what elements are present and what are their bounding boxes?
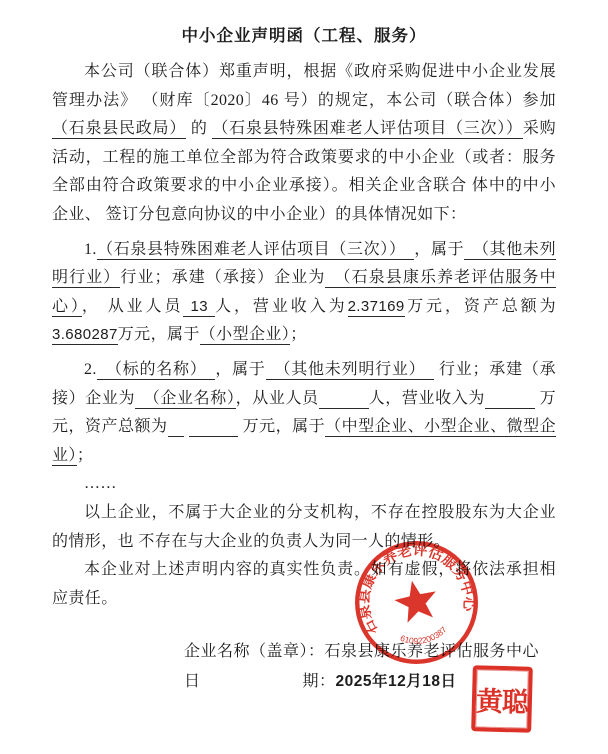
underlined-assets: 3.680287 — [52, 326, 118, 345]
text-segment: 人，营业收入为 — [215, 298, 347, 315]
text-segment: 行业；承建（承接）企业为 — [120, 269, 325, 286]
underlined-blank-industry: （其他未列明行业） — [266, 361, 435, 380]
text-segment: ； — [77, 447, 93, 464]
item1-number: 1. — [84, 241, 97, 258]
text-segment: 的 — [186, 120, 212, 137]
underlined-revenue: 2.37169 — [348, 298, 405, 317]
underlined-blank-employees — [319, 390, 369, 409]
underlined-purchaser-name: （石泉县民政局） — [52, 120, 186, 139]
date-line: 日期：2025年12月18日 — [184, 667, 556, 697]
text-segment: 万元，属于 — [238, 418, 325, 435]
item2-number: 2. — [84, 361, 97, 378]
paragraph-ellipsis: …… — [52, 470, 556, 499]
text-segment: 万元，属于 — [118, 326, 200, 343]
underlined-blank-assets-short — [168, 418, 185, 437]
text-segment: 人，营业收入为 — [369, 390, 485, 407]
paragraph-intro: 本公司（联合体）郑重声明，根据《政府采购促进中小企业发展管理办法》 （财库〔20… — [52, 58, 556, 230]
underlined-blank-subject-name: （标的名称） — [97, 361, 216, 380]
text-segment: ，从业人员 — [236, 390, 319, 407]
paragraph-item2: 2. （标的名称） ，属于 （其他未列明行业） 行业；承建（承接）企业为 （企业… — [52, 356, 556, 470]
text-segment: ，属于 — [414, 241, 464, 258]
underlined-enterprise-type: （小型企业） — [200, 326, 290, 345]
text-segment — [184, 418, 189, 435]
text-segment: ，属于 — [215, 361, 265, 378]
signature-block: 企业名称（盖章）：石泉县康乐养老评估服务中心 日期：2025年12月18日 — [184, 637, 556, 697]
paragraph-item1: 1.（石泉县特殊困难老人评估项目（三次）） ，属于 （其他未列明行业）行业；承建… — [52, 236, 556, 350]
underlined-project-name: （石泉县特殊困难老人评估项目（三次）） — [212, 120, 522, 139]
document-title: 中小企业声明函（工程、服务） — [52, 22, 556, 46]
text-segment: ， 从业人员 — [82, 298, 184, 315]
date-label-left: 日 — [184, 673, 201, 690]
text-segment: 万元，资产总额为 — [405, 298, 556, 315]
text-segment: 本公司（联合体）郑重声明，根据《政府采购促进中小企业发展管理办法》 （财库〔20… — [52, 63, 556, 109]
date-value: 2025年12月18日 — [336, 673, 457, 690]
company-name-line: 企业名称（盖章）：石泉县康乐养老评估服务中心 — [184, 637, 556, 667]
underlined-blank-assets-long — [189, 418, 239, 437]
document-content: 中小企业声明函（工程、服务） 本公司（联合体）郑重声明，根据《政府采购促进中小企… — [0, 0, 608, 697]
underlined-blank-company-name: （企业名称） — [135, 390, 235, 409]
paragraph-no-branch: 以上企业，不属于大企业的分支机构，不存在控股股东为大企业的情形，也 不存在与大企… — [52, 499, 556, 556]
underlined-employee-count: 13 — [183, 298, 215, 317]
text-segment: ； — [290, 326, 306, 343]
date-label-right: 期： — [303, 673, 336, 690]
company-name-value: 石泉县康乐养老评估服务中心 — [325, 643, 540, 660]
underlined-project-name: （石泉县特殊困难老人评估项目（三次）） — [97, 241, 414, 260]
underlined-blank-revenue — [485, 390, 535, 409]
paragraph-responsibility: 本企业对上述声明内容的真实性负责。如有虚假，将依法承担相应责任。 — [52, 556, 556, 613]
document-page: 中小企业声明函（工程、服务） 本公司（联合体）郑重声明，根据《政府采购促进中小企… — [0, 0, 608, 754]
company-name-label: 企业名称（盖章）： — [184, 643, 325, 660]
